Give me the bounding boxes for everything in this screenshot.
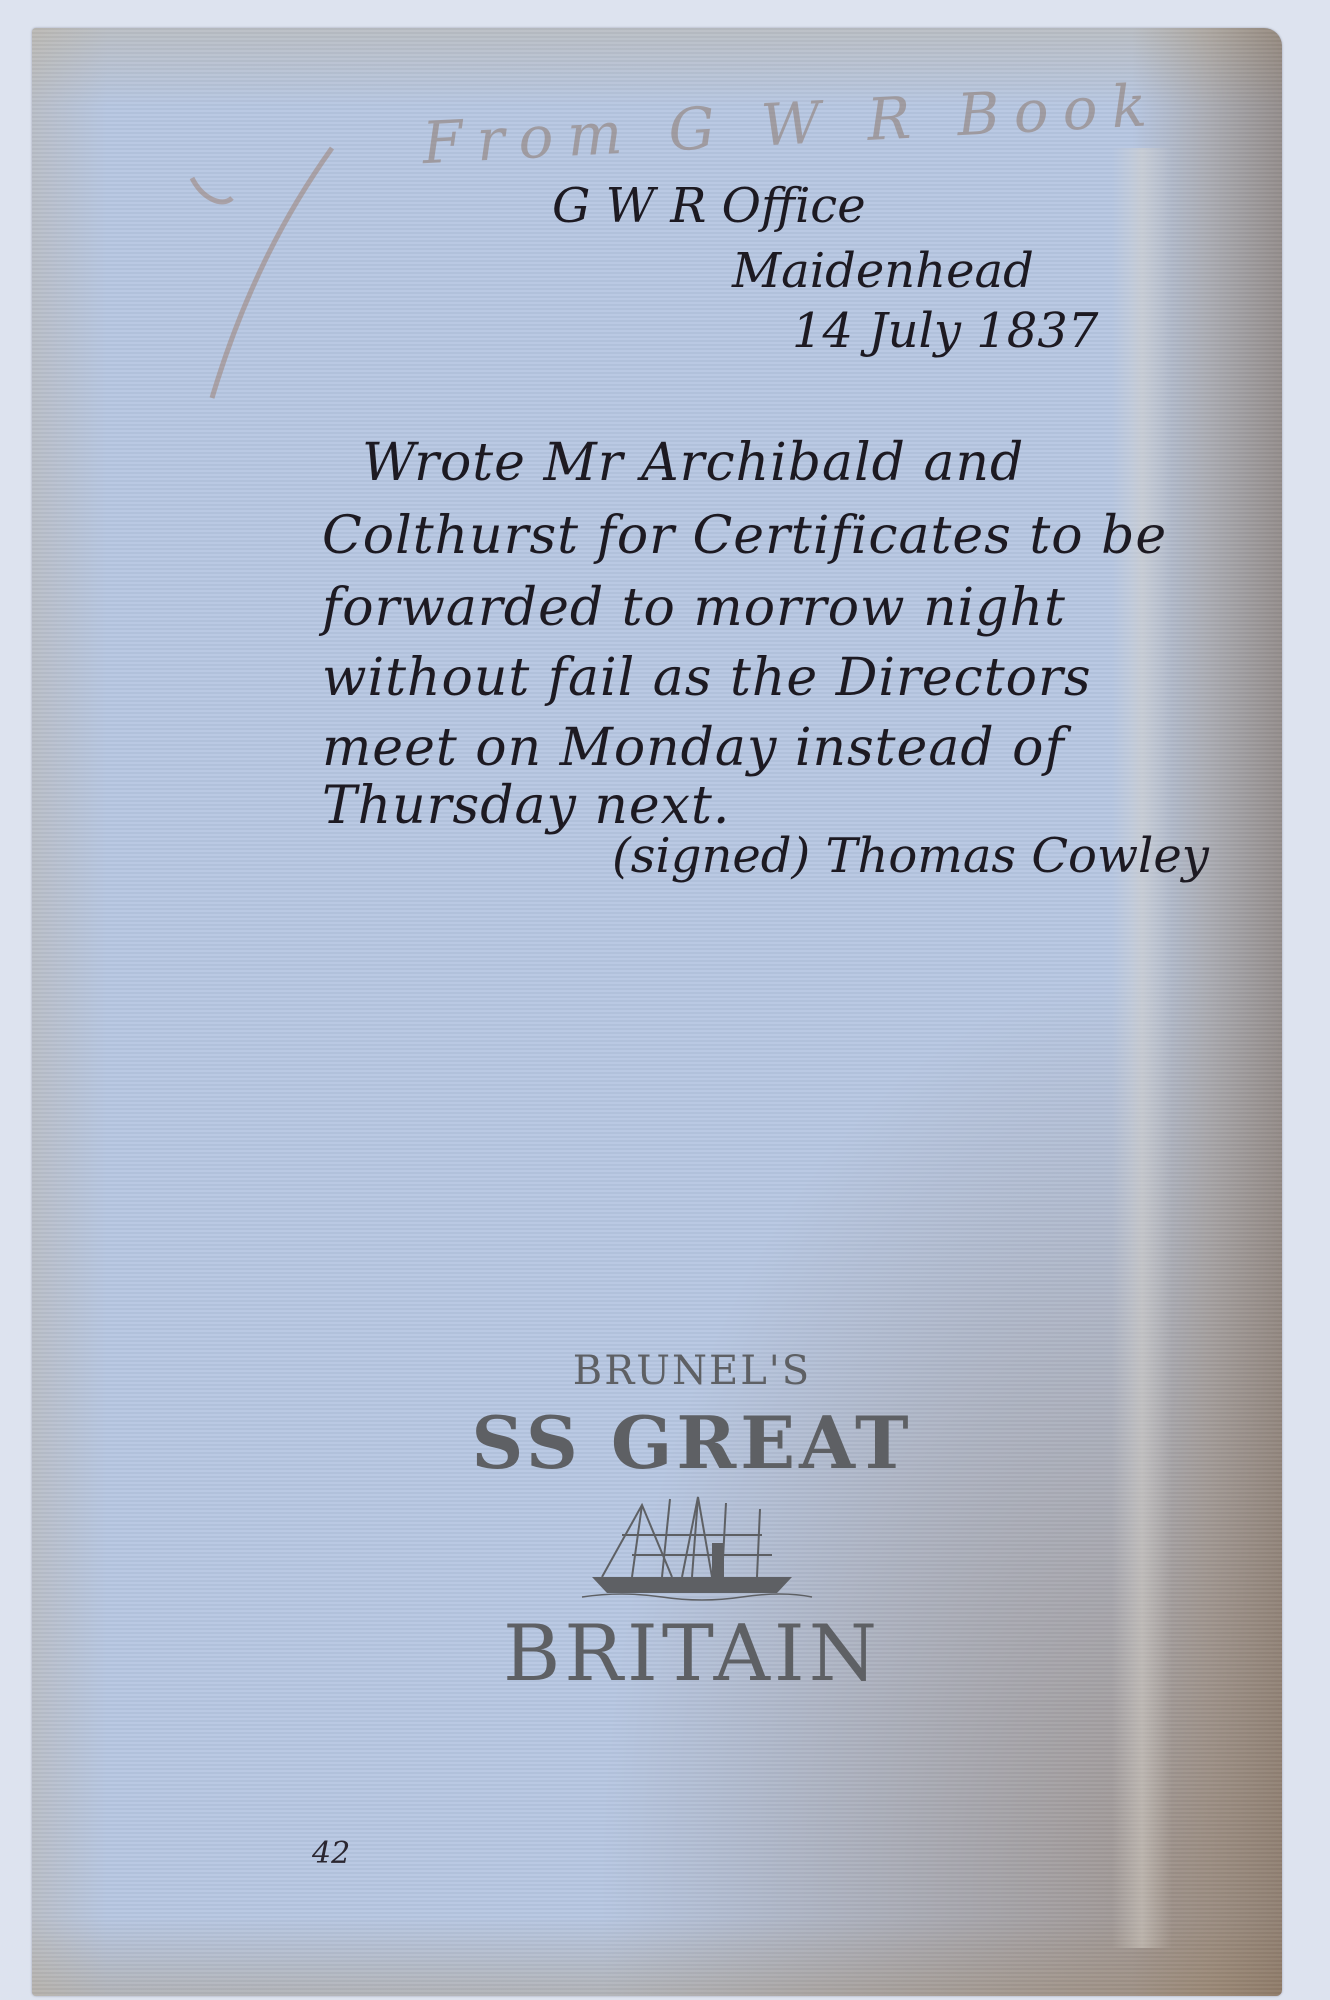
signature: (signed) Thomas Cowley [612, 828, 1209, 884]
letter-date: 14 July 1837 [792, 303, 1098, 359]
body-line-5: meet on Monday instead of [322, 718, 1065, 778]
ss-great-britain-watermark: BRUNEL'S SS GREAT BRITAIN [452, 1348, 932, 1699]
watermark-line-1: BRUNEL'S [452, 1348, 932, 1394]
page-number: 42 [312, 1836, 350, 1871]
body-line-2: Colthurst for Certificates to be [322, 506, 1167, 566]
watermark-line-2: SS GREAT [452, 1400, 932, 1485]
body-line-1: Wrote Mr Archibald and [362, 433, 1024, 493]
letter-sheet: From G W R Book G W R Office Maidenhead … [32, 28, 1282, 1996]
body-line-6: Thursday next. [322, 776, 730, 836]
pencil-margin-mark-icon [132, 138, 352, 498]
address-line-2: Maidenhead [732, 243, 1034, 299]
address-line-1: G W R Office [552, 178, 866, 234]
body-line-3: forwarded to morrow night [322, 578, 1066, 638]
paper-stain [1112, 148, 1172, 1948]
watermark-line-3: BRITAIN [452, 1609, 932, 1699]
ship-icon [562, 1485, 822, 1605]
pencil-annotation: From G W R Book [421, 71, 1162, 178]
body-line-4: without fail as the Directors [322, 648, 1092, 708]
